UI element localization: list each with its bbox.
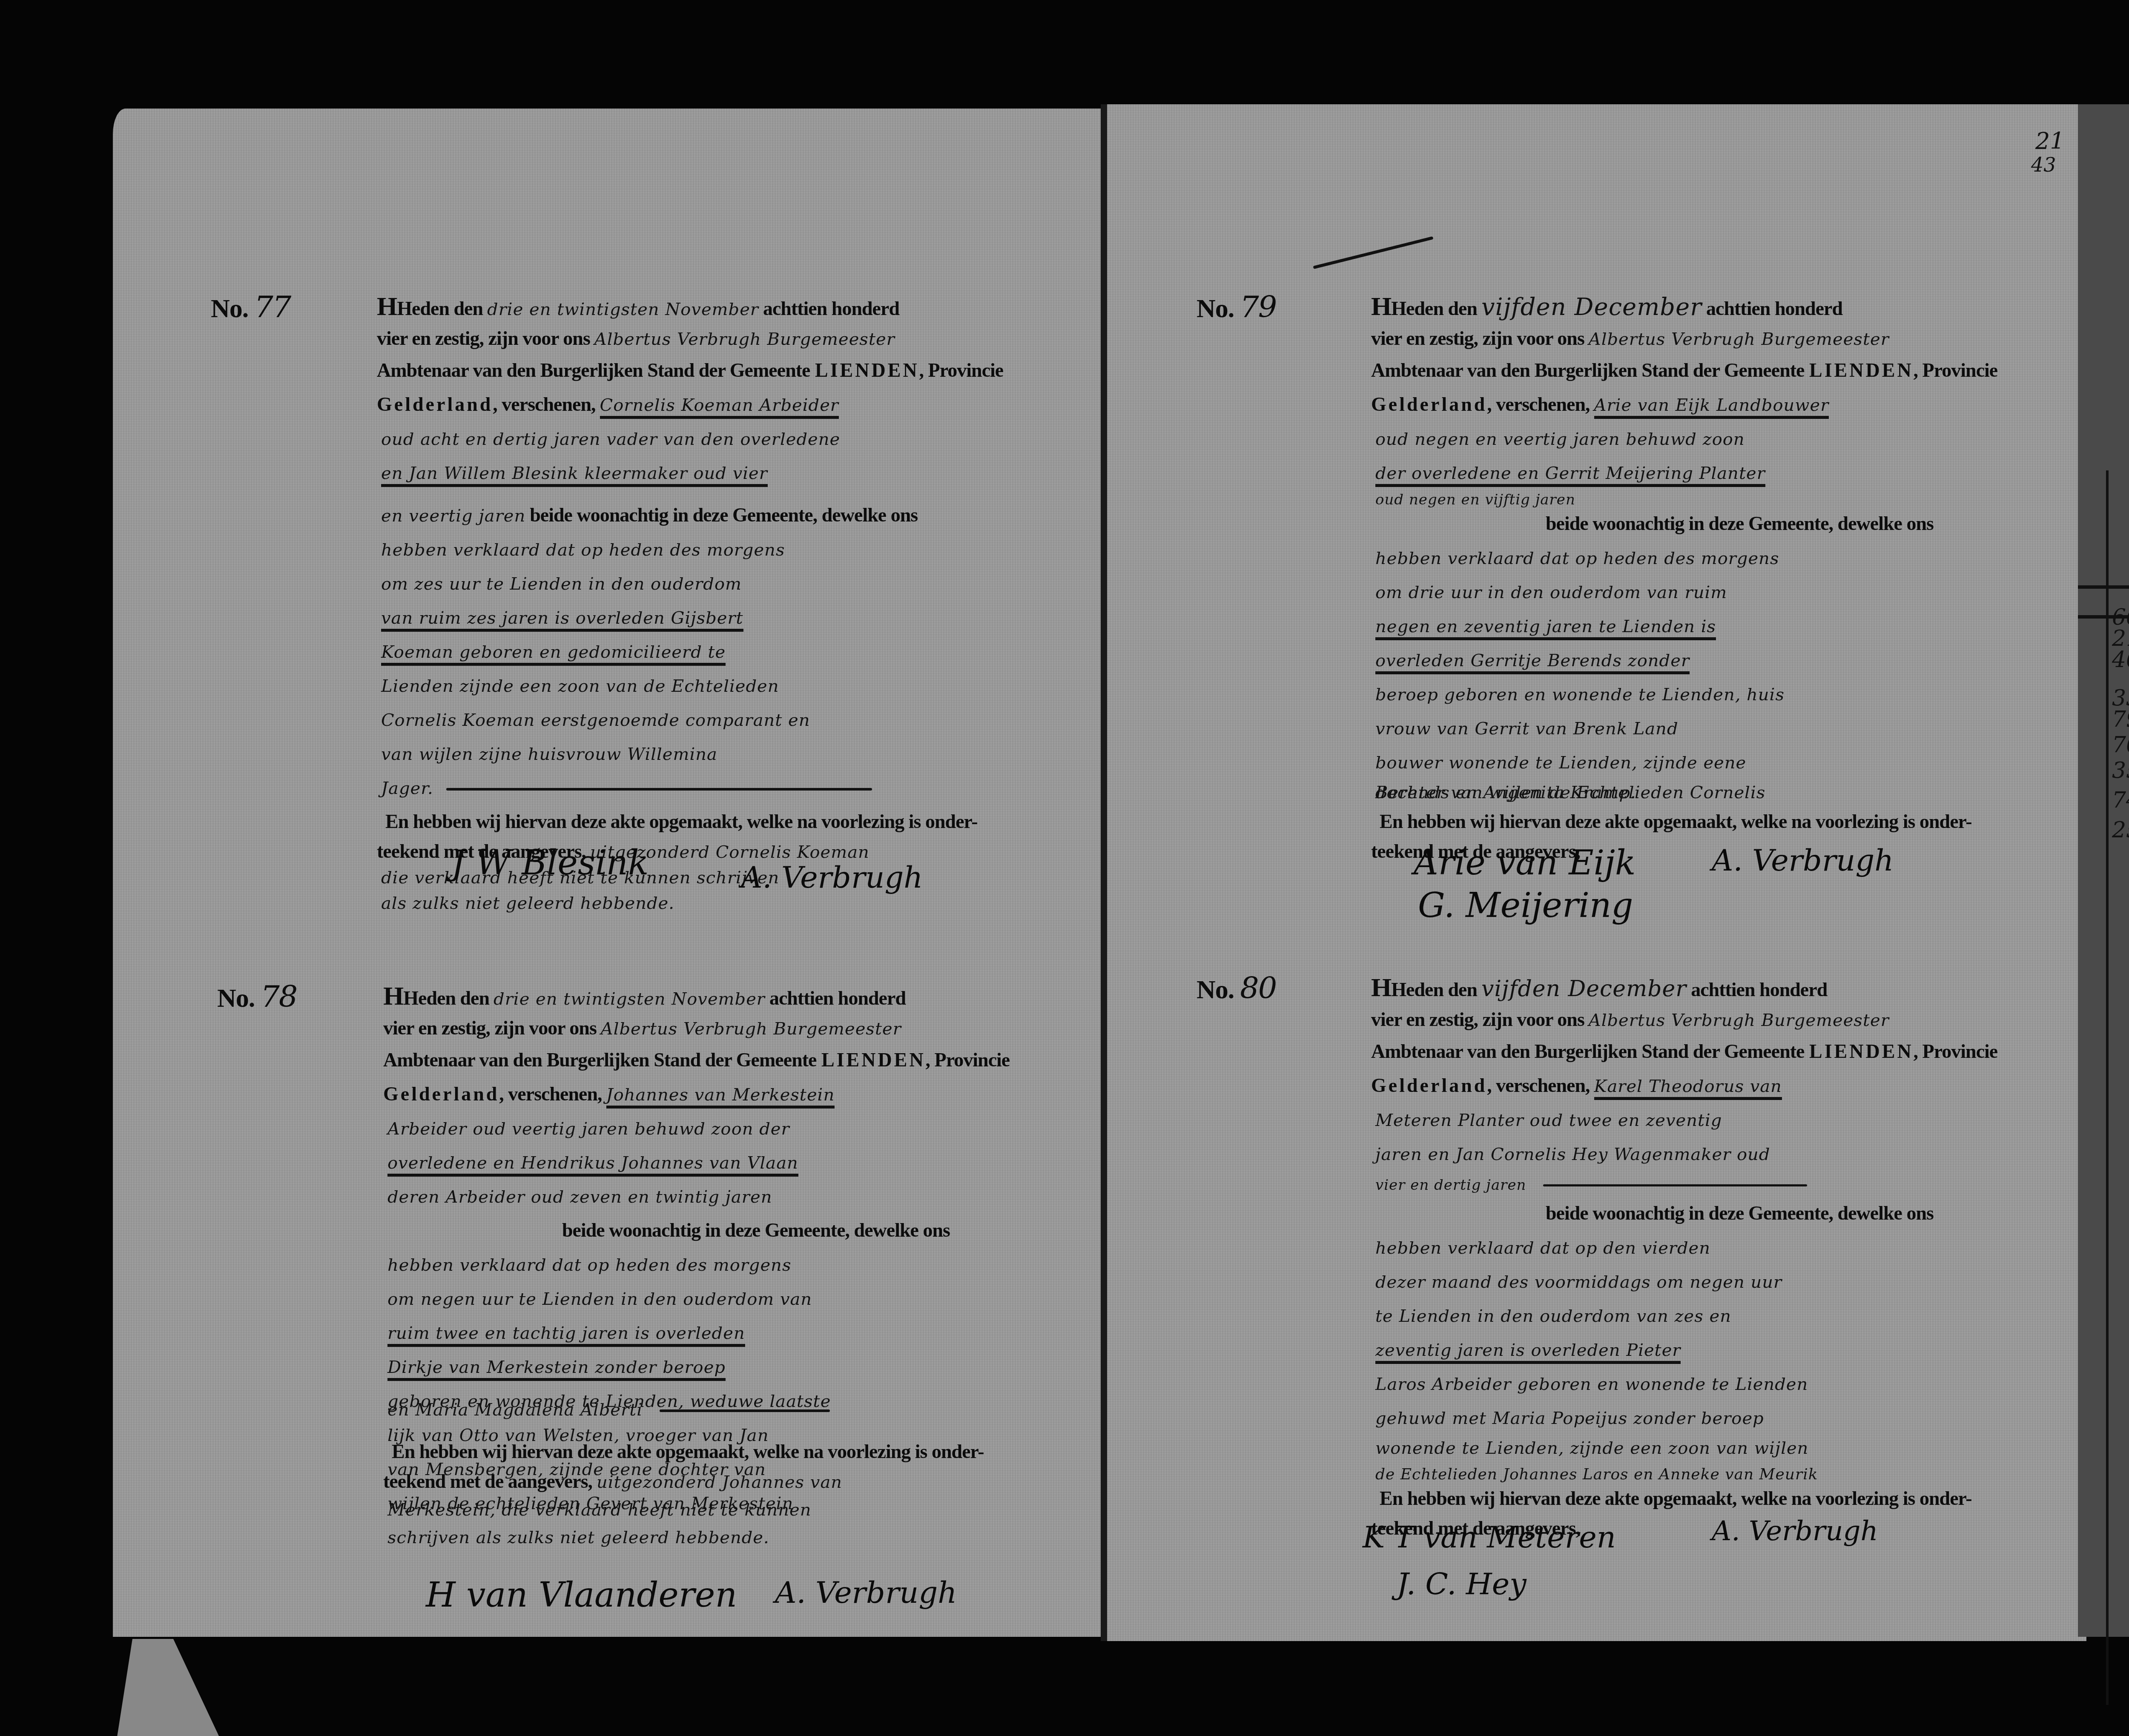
handwritten-line: oud acht en dertig jaren vader van den o…: [377, 426, 844, 452]
signature: G. Meijering: [1418, 885, 1633, 925]
handwritten-line: om negen uur te Lienden in den ouderdom …: [383, 1286, 816, 1312]
entry-line-date: HHeden dendrie en twintigsten Novemberac…: [377, 294, 899, 322]
handwritten-line: der overledene en Gerrit Meijering Plant…: [1371, 460, 1770, 486]
deceased-name-line: overleden Gerritje Berends zonder: [1371, 647, 1694, 673]
entry-80: No.80 HHeden denvijfden Decemberachttien…: [1196, 971, 2069, 1567]
entry-line-official: vier en zestig, zijn voor onsAlbertus Ve…: [1371, 1007, 1894, 1033]
handwritten-line: overledene en Hendrikus Johannes van Vla…: [383, 1149, 803, 1176]
handwritten-line: Arbeider oud veertig jaren behuwd zoon d…: [383, 1115, 794, 1142]
handwritten-line: en Maria Magdalena Alberti: [383, 1396, 830, 1423]
entry-line-official: vier en zestig, zijn voor onsAlbertus Ve…: [377, 326, 899, 352]
handwritten-line: van ruim zes jaren is overleden Gijsbert: [377, 604, 748, 631]
handwritten-line: Jager.: [377, 775, 872, 801]
handwritten-line: vier en dertig jaren: [1371, 1171, 1807, 1198]
signature: J. C. Hey: [1397, 1567, 1526, 1601]
margin-index-number: 79: [2112, 707, 2129, 732]
entry-number: No.80: [1196, 971, 1276, 1006]
entry-line-verschenen: Gelderland, verschenen,Johannes van Merk…: [383, 1081, 839, 1108]
handwritten-line: oud negen en veertig jaren behuwd zoon: [1371, 426, 1749, 452]
signature-official: A. Verbrugh: [1712, 1515, 1878, 1547]
handwritten-line: dezer maand des voormiddags om negen uur: [1371, 1269, 1786, 1295]
handwritten-line: beroep geboren en wonende te Lienden, hu…: [1371, 681, 1789, 708]
folio-number-secondary: 43: [2031, 153, 2056, 176]
handwritten-line: vrouw van Gerrit van Brenk Land: [1371, 715, 1683, 742]
entry-line-beide: beide woonachtig in deze Gemeente, dewel…: [1546, 511, 1934, 536]
entry-line-ambtenaar: Ambtenaar van den Burgerlijken Stand der…: [1371, 358, 1997, 383]
entry-line-beide: beide woonachtig in deze Gemeente, dewel…: [562, 1217, 950, 1243]
index-row-rule: [2078, 585, 2129, 589]
deceased-name-line: Laros Arbeider geboren en wonende te Lie…: [1371, 1371, 1812, 1397]
handwritten-line: negen en zeventig jaren te Lienden is: [1371, 613, 1720, 639]
handwritten-line: van wijlen zijne huisvrouw Willemina: [377, 741, 722, 767]
signature: H van Vlaanderen: [426, 1575, 737, 1615]
margin-index-number: 74: [2112, 788, 2129, 813]
handwritten-line: ruim twee en tachtig jaren is overleden: [383, 1320, 749, 1346]
signature: J W Blesink: [451, 843, 649, 882]
entry-line-verschenen: Gelderland, verschenen,Cornelis Koeman A…: [377, 392, 843, 418]
entry-line-ambtenaar: Ambtenaar van den Burgerlijken Stand der…: [383, 1047, 1010, 1073]
closing-text: En hebben wij hiervan deze akte opgemaak…: [1380, 809, 1972, 834]
entry-number: No.79: [1196, 289, 1276, 324]
handwritten-line: hebben verklaard dat op heden des morgen…: [1371, 545, 1783, 571]
handwritten-line: hebben verklaard dat op den vierden: [1371, 1235, 1715, 1261]
signature: Arie van Eijk: [1414, 843, 1635, 882]
handwritten-line: Berends en Angenita Kramp.: [1371, 779, 1641, 805]
margin-index-number: 70: [2112, 732, 2129, 758]
margin-index-number: 40: [2112, 647, 2129, 673]
entry-79: No.79 HHeden denvijfden Decemberachttien…: [1196, 289, 2069, 800]
handwritten-line: hebben verklaard dat op heden des morgen…: [383, 1252, 795, 1278]
handwritten-note: als zulks niet geleerd hebbende.: [377, 890, 679, 916]
margin-index-number: 35: [2112, 758, 2129, 783]
signature: K T van Meteren: [1363, 1520, 1616, 1555]
entry-line-beide: beide woonachtig in deze Gemeente, dewel…: [1546, 1200, 1934, 1226]
entry-number: No.77: [211, 289, 290, 324]
entry-line-date: HHeden denvijfden Decemberachttien honde…: [1371, 975, 1827, 1003]
handwritten-line: oud negen en vijftig jaren: [1371, 485, 1580, 513]
handwritten-line: Lienden zijnde een zoon van de Echtelied…: [377, 673, 783, 699]
handwritten-line: Meteren Planter oud twee en zeventig: [1371, 1107, 1726, 1133]
handwritten-line: deren Arbeider oud zeven en twintig jare…: [383, 1183, 776, 1210]
signature-official: A. Verbrugh: [775, 1575, 957, 1610]
handwritten-note: schrijven als zulks niet geleerd hebbend…: [383, 1524, 774, 1550]
deceased-name-line: Dirkje van Merkestein zonder beroep: [383, 1354, 730, 1380]
margin-index-number: 25: [2112, 817, 2129, 843]
entry-line-date: HHeden dendrie en twintigsten Novemberac…: [383, 983, 906, 1012]
handwritten-line: gehuwd met Maria Popeijus zonder beroep: [1371, 1405, 1768, 1431]
handwritten-line: wonende te Lienden, zijnde een zoon van …: [1371, 1435, 1813, 1461]
index-tab-edge: [2078, 104, 2129, 1637]
folio-number: 21: [2035, 128, 2065, 155]
entry-line-official: vier en zestig, zijn voor onsAlbertus Ve…: [383, 1015, 906, 1042]
closing-text: En hebben wij hiervan deze akte opgemaak…: [1380, 1486, 1972, 1511]
handwritten-line: hebben verklaard dat op heden des morgen…: [377, 536, 789, 563]
handwritten-line: bouwer wonende te Lienden, zijnde eene: [1371, 749, 1750, 776]
handwritten-line: om drie uur in den ouderdom van ruim: [1371, 579, 1731, 605]
signature-official: A. Verbrugh: [741, 860, 923, 895]
handwritten-line: te Lienden in den ouderdom van zes en: [1371, 1303, 1736, 1329]
entry-line-ambtenaar: Ambtenaar van den Burgerlijken Stand der…: [1371, 1039, 1997, 1064]
page-corner-tab: [117, 1639, 219, 1736]
closing-text: En hebben wij hiervan deze akte opgemaak…: [385, 809, 978, 834]
entry-78: No.78 HHeden dendrie en twintigsten Nove…: [217, 979, 1090, 1511]
entry-line-ambtenaar: Ambtenaar van den Burgerlijken Stand der…: [377, 358, 1003, 383]
handwritten-note: Merkestein, die verklaard heeft niet te …: [383, 1496, 815, 1523]
deceased-name-line: Koeman geboren en gedomicilieerd te: [377, 639, 730, 665]
handwritten-line: Cornelis Koeman eerstgenoemde comparant …: [377, 707, 815, 733]
entry-line-verschenen: Gelderland, verschenen,Karel Theodorus v…: [1371, 1073, 1786, 1099]
handwritten-line: om zes uur te Lienden in den ouderdom: [377, 570, 746, 597]
entry-line-date: HHeden denvijfden Decemberachttien honde…: [1371, 294, 1842, 321]
handwritten-line: de Echtelieden Johannes Laros en Anneke …: [1371, 1460, 1822, 1487]
entry-number: No.78: [217, 979, 297, 1014]
handwritten-line: zeventig jaren is overleden Pieter: [1371, 1337, 1685, 1363]
index-column-rule: [2106, 470, 2109, 1705]
signature-official: A. Verbrugh: [1712, 843, 1894, 878]
entry-77: No.77 HHeden dendrie en twintigsten Nove…: [211, 289, 1084, 907]
entry-line-verschenen: Gelderland, verschenen,Arie van Eijk Lan…: [1371, 392, 1833, 418]
closing-text: teekend met de aangevers,uitgezonderd Jo…: [383, 1469, 846, 1495]
entry-line-official: vier en zestig, zijn voor onsAlbertus Ve…: [1371, 326, 1894, 352]
entry-line-beide: en veertig jarenbeide woonachtig in deze…: [377, 502, 918, 529]
handwritten-line: jaren en Jan Cornelis Hey Wagenmaker oud: [1371, 1141, 1774, 1167]
book-gutter: [1101, 104, 1107, 1641]
closing-text: En hebben wij hiervan deze akte opgemaak…: [392, 1439, 984, 1464]
handwritten-line: en Jan Willem Blesink kleermaker oud vie…: [377, 460, 772, 486]
